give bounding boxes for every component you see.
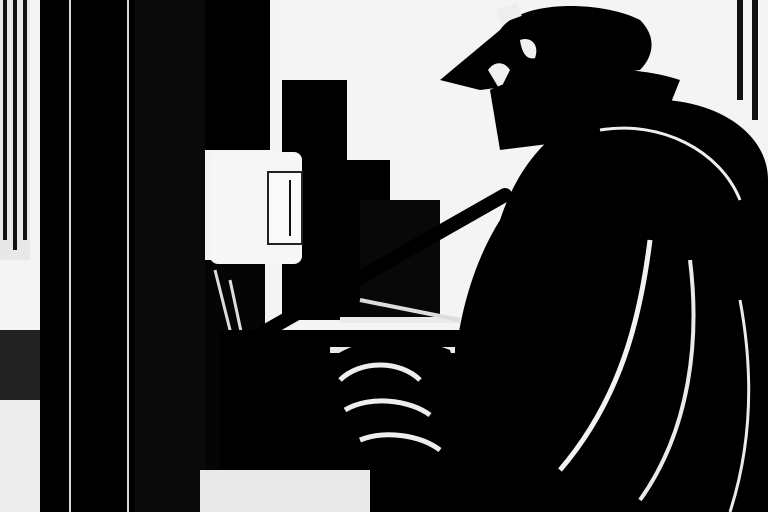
stylized-photo: High-contrast black and white stylized p… xyxy=(0,0,768,512)
wall-mounted-box xyxy=(210,152,302,264)
photo-canvas xyxy=(0,0,768,512)
